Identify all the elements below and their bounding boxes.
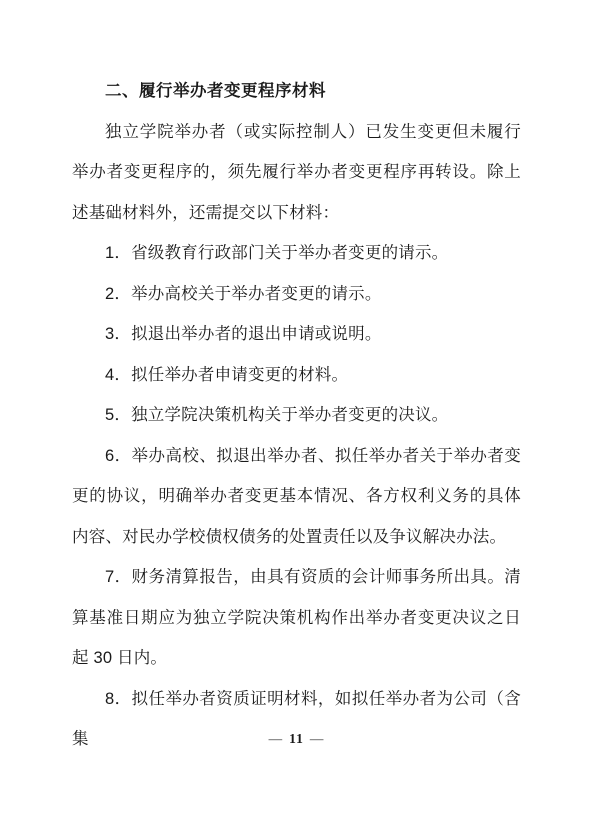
list-item-6: 6．举办高校、拟退出举办者、拟任举办者关于举办者变更的协议，明确举办者变更基本情… bbox=[72, 436, 521, 558]
page-number-left-dash: — bbox=[263, 731, 290, 746]
list-item-4: 4．拟任举办者申请变更的材料。 bbox=[72, 355, 521, 396]
page-footer: —11— bbox=[0, 731, 593, 747]
document-page: 二、履行举办者变更程序材料 独立学院举办者（或实际控制人）已发生变更但未履行举办… bbox=[0, 0, 593, 819]
list-item-1: 1．省级教育行政部门关于举办者变更的请示。 bbox=[72, 233, 521, 274]
page-number-value: 11 bbox=[289, 731, 304, 746]
section-heading: 二、履行举办者变更程序材料 bbox=[72, 71, 521, 112]
list-item-7: 7．财务清算报告，由具有资质的会计师事务所出具。清算基准日期应为独立学院决策机构… bbox=[72, 557, 521, 679]
intro-paragraph: 独立学院举办者（或实际控制人）已发生变更但未履行举办者变更程序的，须先履行举办者… bbox=[72, 112, 521, 234]
list-item-8: 8．拟任举办者资质证明材料，如拟任举办者为公司（含集 bbox=[72, 679, 521, 760]
page-number-right-dash: — bbox=[304, 731, 331, 746]
list-item-2: 2．举办高校关于举办者变更的请示。 bbox=[72, 274, 521, 315]
list-item-5: 5．独立学院决策机构关于举办者变更的决议。 bbox=[72, 395, 521, 436]
list-item-3: 3．拟退出举办者的退出申请或说明。 bbox=[72, 314, 521, 355]
